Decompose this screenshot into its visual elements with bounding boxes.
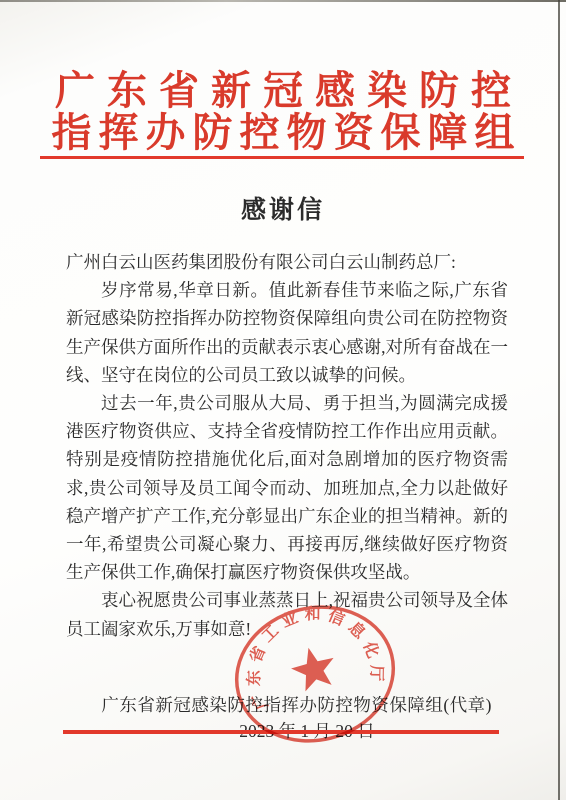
letterhead: 广东省新冠感染防控 指挥办防控物资保障组 <box>0 70 566 154</box>
official-seal: 广东省工业和信息化厅 <box>230 604 400 744</box>
letterhead-title-line1: 广东省新冠感染防控 <box>0 70 566 112</box>
scan-edge-top <box>0 0 566 2</box>
letterhead-rule <box>40 156 524 159</box>
letter-heading: 感谢信 <box>0 190 566 226</box>
paragraph-2: 过去一年,贵公司服从大局、勇于担当,为圆满完成援港医疗物资供应、支持全省疫情防控… <box>66 389 508 586</box>
scanned-letter-page: 广东省新冠感染防控 指挥办防控物资保障组 感谢信 广州白云山医药集团股份有限公司… <box>0 0 566 800</box>
salutation: 广州白云山医药集团股份有限公司白云山制药总厂: <box>66 248 508 276</box>
letterhead-title-line2: 指挥办防控物资保障组 <box>0 112 566 154</box>
seal-star <box>287 643 340 694</box>
paragraph-1: 岁序常易,华章日新。值此新春佳节来临之际,广东省新冠感染防控指挥办防控物资保障组… <box>66 276 508 389</box>
letter-body: 广州白云山医药集团股份有限公司白云山制药总厂: 岁序常易,华章日新。值此新春佳节… <box>66 248 508 643</box>
